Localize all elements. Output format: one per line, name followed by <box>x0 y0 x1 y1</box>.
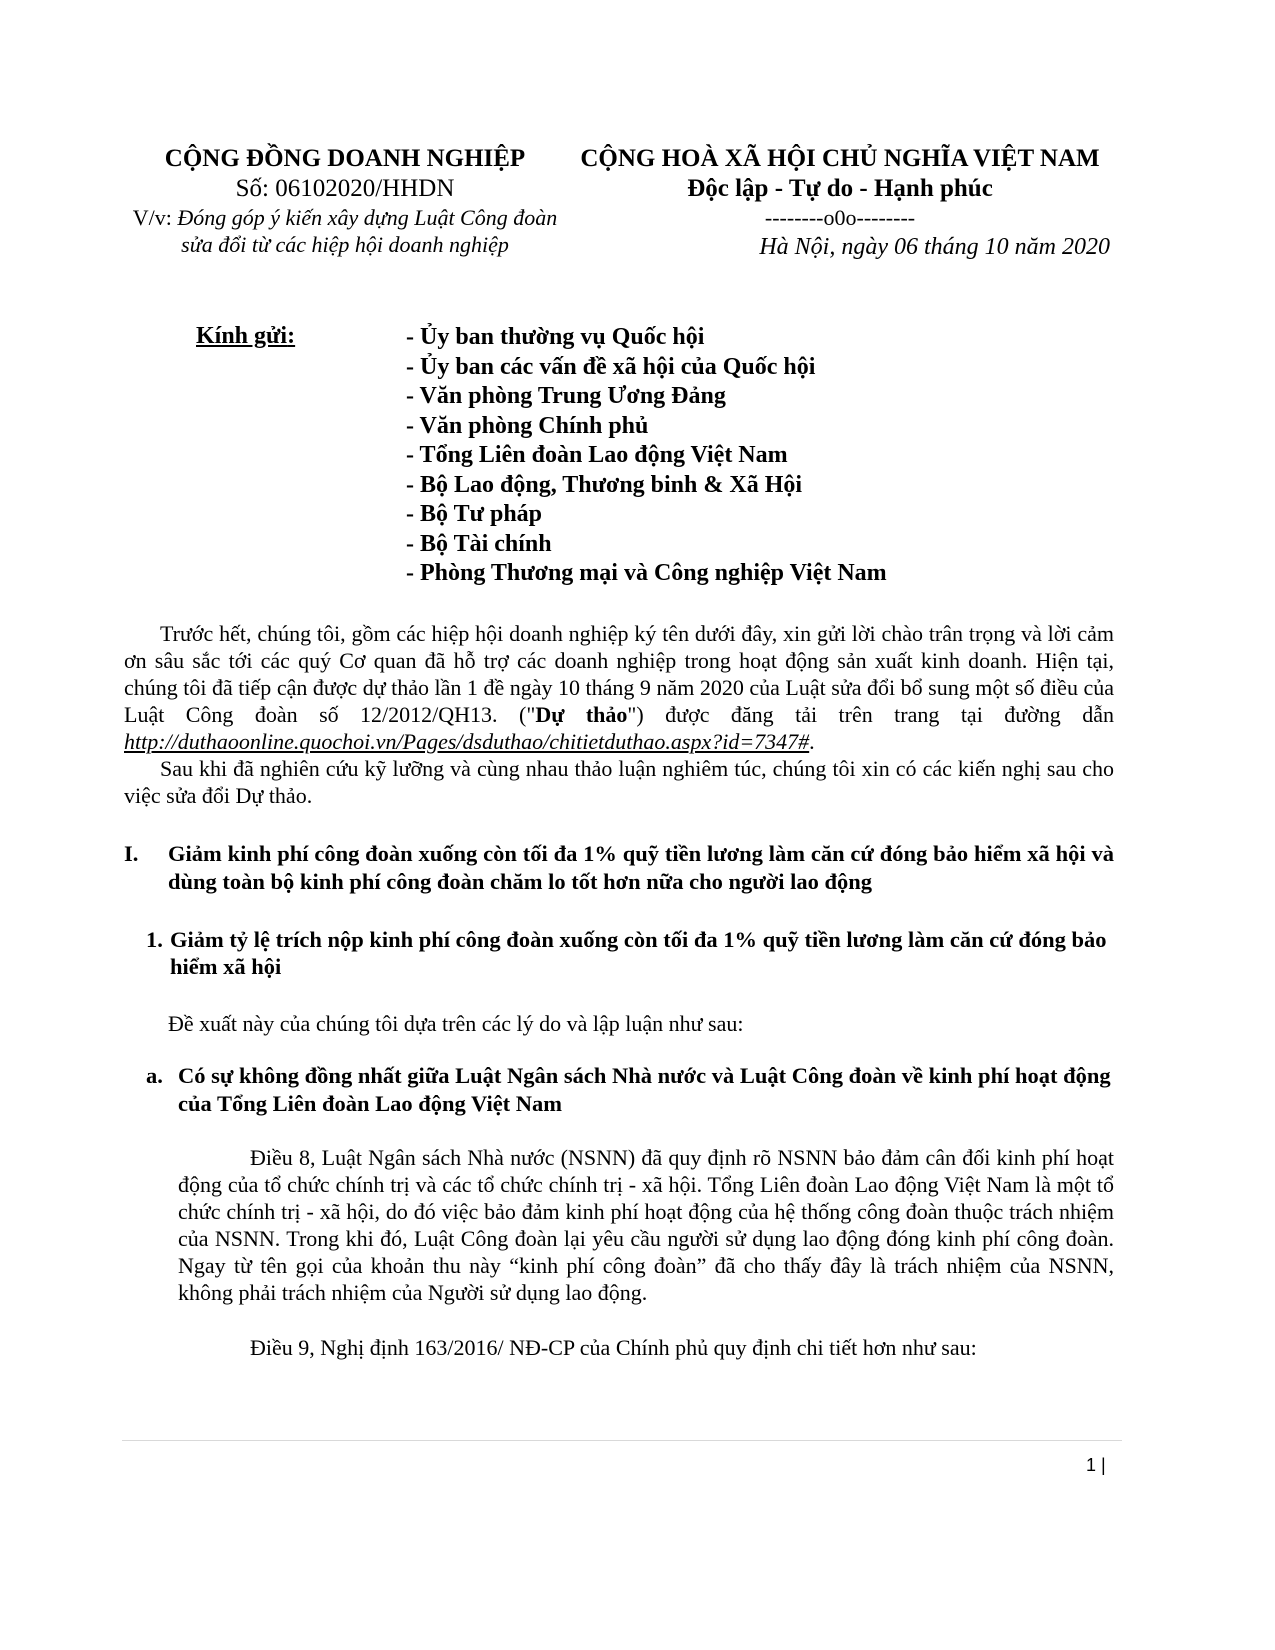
section-title: Giảm kinh phí công đoàn xuống còn tối đa… <box>124 840 1114 896</box>
recipients-list: - Ủy ban thường vụ Quốc hội- Ủy ban các … <box>406 323 887 589</box>
national-motto: Độc lập - Tự do - Hạnh phúc <box>560 174 1120 204</box>
place-date: Hà Nội, ngày 06 tháng 10 năm 2020 <box>560 232 1120 262</box>
recipient-item: - Ủy ban thường vụ Quốc hội <box>406 323 887 353</box>
point-title: Có sự không đồng nhất giữa Luật Ngân sác… <box>146 1062 1114 1118</box>
section-heading-1: 1. Giảm tỷ lệ trích nộp kinh phí công đo… <box>146 926 1114 980</box>
recipient-item: - Văn phòng Chính phủ <box>406 412 887 442</box>
recipient-item: - Bộ Tài chính <box>406 530 887 560</box>
draft-link[interactable]: http://duthaoonline.quochoi.vn/Pages/dsd… <box>124 729 809 754</box>
sender-organization: CỘNG ĐỒNG DOANH NGHIỆP <box>120 144 570 174</box>
draft-term: Dự thảo <box>535 702 627 727</box>
subject-line-2: sửa đổi từ các hiệp hội doanh nghiệp <box>181 232 509 257</box>
header-divider: --------o0o-------- <box>560 204 1120 232</box>
subsection-number: 1. <box>146 926 163 953</box>
recipient-item: - Tổng Liên đoàn Lao động Việt Nam <box>406 441 887 471</box>
footer-divider <box>122 1440 1122 1441</box>
subsection-title: Giảm tỷ lệ trích nộp kinh phí công đoàn … <box>146 926 1114 980</box>
document-number: Số: 06102020/HHDN <box>120 174 570 204</box>
document-subject: V/v: Đóng góp ý kiến xây dựng Luật Công … <box>120 204 570 258</box>
recipients-label: Kính gửi: <box>196 323 295 350</box>
point-number: a. <box>146 1062 163 1090</box>
recipient-item: - Văn phòng Trung Ương Đảng <box>406 382 887 412</box>
intro-section: Trước hết, chúng tôi, gồm các hiệp hội d… <box>124 620 1114 809</box>
sender-header: CỘNG ĐỒNG DOANH NGHIỆP Số: 06102020/HHDN… <box>120 144 570 258</box>
subject-prefix: V/v: <box>133 205 178 230</box>
subject-line-1: Đóng góp ý kiến xây dựng Luật Công đoàn <box>177 205 557 230</box>
section-number: I. <box>124 840 138 868</box>
article-9-paragraph: Điều 9, Nghị định 163/2016/ NĐ-CP của Ch… <box>250 1334 977 1361</box>
intro-paragraph-2: Sau khi đã nghiên cứu kỹ lưỡng và cùng n… <box>124 755 1114 809</box>
recipient-item: - Ủy ban các vấn đề xã hội của Quốc hội <box>406 353 887 383</box>
page-number: 1 | <box>1086 1455 1106 1476</box>
article-8-paragraph: Điều 8, Luật Ngân sách Nhà nước (NSNN) đ… <box>178 1144 1114 1306</box>
section-heading-a: a. Có sự không đồng nhất giữa Luật Ngân … <box>146 1062 1114 1118</box>
national-header: CỘNG HOÀ XÃ HỘI CHỦ NGHĨA VIỆT NAM Độc l… <box>560 144 1120 262</box>
section-heading-I: I. Giảm kinh phí công đoàn xuống còn tối… <box>124 840 1114 896</box>
basis-paragraph: Đề xuất này của chúng tôi dựa trên các l… <box>168 1010 744 1037</box>
intro-paragraph-1: Trước hết, chúng tôi, gồm các hiệp hội d… <box>124 620 1114 755</box>
recipient-item: - Bộ Tư pháp <box>406 500 887 530</box>
document-page: CỘNG ĐỒNG DOANH NGHIỆP Số: 06102020/HHDN… <box>0 0 1275 1650</box>
country-name: CỘNG HOÀ XÃ HỘI CHỦ NGHĨA VIỆT NAM <box>560 144 1120 174</box>
recipient-item: - Phòng Thương mại và Công nghiệp Việt N… <box>406 559 887 589</box>
recipient-item: - Bộ Lao động, Thương binh & Xã Hội <box>406 471 887 501</box>
